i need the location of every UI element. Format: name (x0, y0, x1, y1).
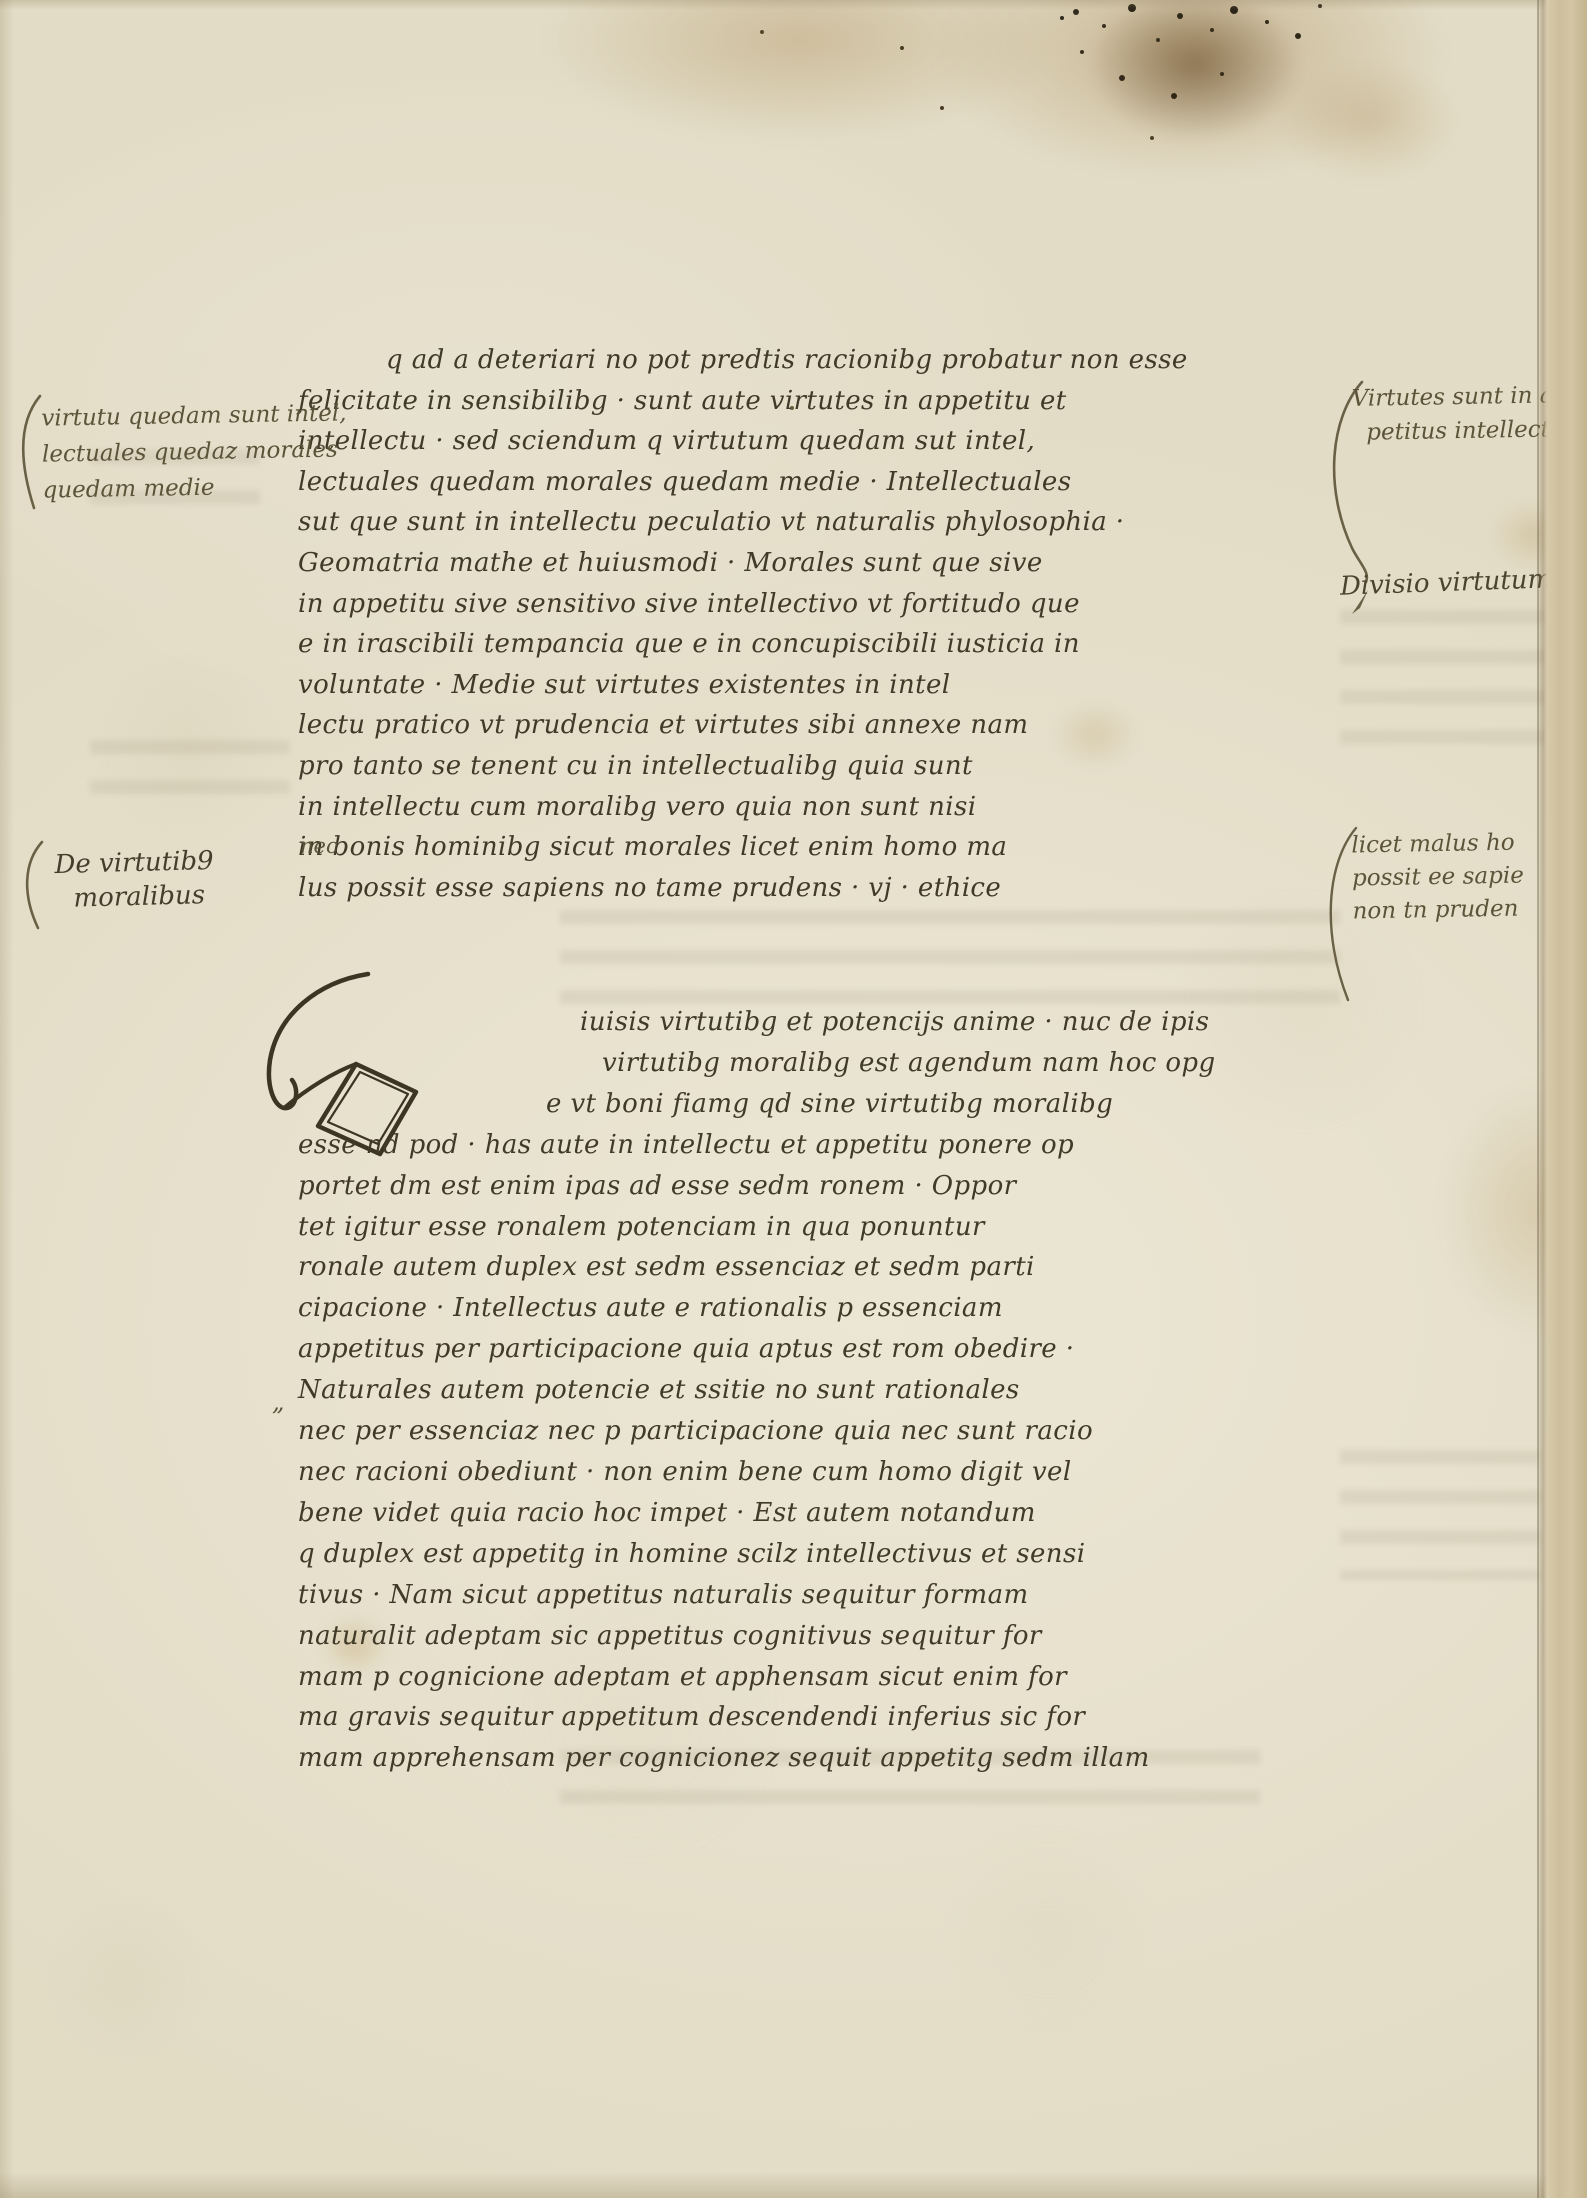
text-line: lus possit esse sapiens no tame prudens … (298, 868, 1028, 909)
margin-note-right-low: licet malus ho possit ee sapie non tn pr… (1351, 827, 1525, 929)
text-line: portet dm est enim ipas ad esse sedm ron… (298, 1166, 1038, 1207)
text-line: tet igitur esse ronalem potenciam in qua… (298, 1207, 1038, 1248)
text-line: ma gravis sequitur appetitum descendendi… (298, 1697, 1038, 1738)
text-line: appetitus per participacione quia aptus … (298, 1329, 1038, 1370)
text-line: nec racioni obediunt · non enim bene cum… (298, 1452, 1038, 1493)
text-line: mam p cognicione adeptam et apphensam si… (298, 1657, 1038, 1698)
margin-note-line: Virtutes sunt in ap (1351, 378, 1568, 416)
text-line: pro tanto se tenent cu in intellectualib… (298, 746, 1028, 787)
text-line: sut que sunt in intellectu peculatio vt … (298, 502, 1028, 543)
paragraph-side-mark: „ (272, 1388, 284, 1416)
text-line: e in irascibili tempancia que e in concu… (298, 624, 1028, 665)
page-edge-top (0, 0, 1587, 10)
margin-note-line: lectuales quedaz morales (42, 431, 348, 472)
page-edge-right (1537, 0, 1587, 2198)
text-line: lectuales quedam morales quedam medie · … (298, 462, 1028, 503)
margin-gloss-nec: nec (300, 834, 338, 858)
text-line: in bonis hominibg sicut morales licet en… (298, 827, 1028, 868)
margin-note-line: licet malus ho (1351, 827, 1523, 863)
text-line: Geomatria mathe et huiusmodi · Morales s… (298, 543, 1028, 584)
bleedthrough-text (90, 730, 290, 820)
text-line: nec per essenciaz nec p participacione q… (298, 1411, 1038, 1452)
text-line: virtutibg moralibg est agendum nam hoc o… (298, 1043, 1038, 1084)
text-line: ronale autem duplex est sedm essenciaz e… (298, 1247, 1038, 1288)
main-text-paragraph-2: iuisis virtutibg et potencijs anime · nu… (298, 1002, 1038, 1779)
page-edge-bottom (0, 2172, 1587, 2198)
text-line: iuisis virtutibg et potencijs anime · nu… (298, 1002, 1038, 1043)
water-stain (1050, 700, 1140, 770)
text-line: Naturales autem potencie et ssitie no su… (298, 1370, 1038, 1411)
main-text-paragraph-1: q ad a deteriari no pot predtis racionib… (298, 340, 1028, 908)
bleedthrough-text (560, 900, 1340, 1010)
text-line: q duplex est appetitg in homine scilz in… (298, 1534, 1038, 1575)
manuscript-scan: { "page": { "kind": "medieval manuscript… (0, 0, 1587, 2198)
water-stain (1280, 60, 1460, 180)
margin-note-line: non tn pruden (1352, 892, 1524, 928)
margin-note-left-mid: De virtutib9 moralibus (54, 844, 215, 916)
margin-note-line: De virtutib9 (54, 844, 214, 882)
margin-note-left-top: virtutu quedam sunt intel, lectuales que… (41, 395, 348, 508)
margin-note-line: quedam medie (42, 467, 348, 508)
bleedthrough-text (1340, 600, 1550, 760)
text-line: naturalit adeptam sic appetitus cognitiv… (298, 1616, 1038, 1657)
page-edge-left (0, 0, 14, 2198)
text-line: intellectu · sed sciendum q virtutum que… (298, 421, 1028, 462)
text-line: cipacione · Intellectus aute e rationali… (298, 1288, 1038, 1329)
text-line: esse nd pod · has aute in intellectu et … (298, 1125, 1038, 1166)
text-line: mam apprehensam per cognicionez sequit a… (298, 1738, 1038, 1779)
margin-brace-icon (16, 840, 46, 930)
mold-speckles (1060, 16, 1064, 20)
margin-note-line: virtutu quedam sunt intel, (41, 395, 347, 436)
text-line: tivus · Nam sicut appetitus naturalis se… (298, 1575, 1038, 1616)
margin-brace-icon (14, 392, 44, 512)
text-line: e vt boni fiamg qd sine virtutibg morali… (298, 1084, 1038, 1125)
text-line: lectu pratico vt prudencia et virtutes s… (298, 705, 1028, 746)
margin-note-line: moralibus (55, 878, 215, 916)
text-line: felicitate in sensibilibg · sunt aute vi… (298, 381, 1028, 422)
text-line: in appetitu sive sensitivo sive intellec… (298, 584, 1028, 625)
margin-note-line: possit ee sapie (1352, 860, 1524, 896)
bleedthrough-text (1340, 1440, 1540, 1580)
text-line: voluntate · Medie sut virtutes existente… (298, 665, 1028, 706)
text-line: bene videt quia racio hoc impet · Est au… (298, 1493, 1038, 1534)
text-line: q ad a deteriari no pot predtis racionib… (298, 340, 1028, 381)
text-line: in intellectu cum moralibg vero quia non… (298, 787, 1028, 828)
